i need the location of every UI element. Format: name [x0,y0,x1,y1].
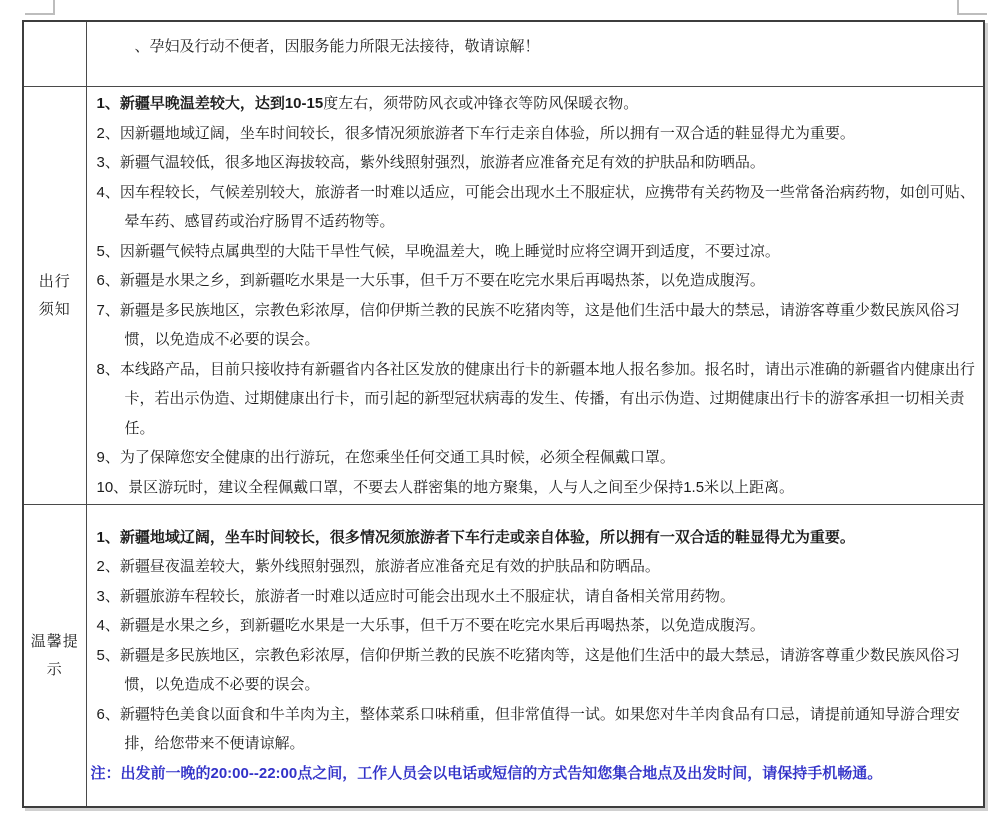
travel-notice-table: 、孕妇及行动不便者，因服务能力所限无法接待，敬请谅解！ 出行须知1、新疆早晚温差… [22,20,985,808]
notice-text-segment: 4、因车程较长，气候差别较大，旅游者一时难以适应，可能会出现水土不服症状，应携带… [97,184,975,231]
continuation-text: 、孕妇及行动不便者，因服务能力所限无法接待，敬请谅解！ [91,24,981,59]
departure-note: 注：出发前一晚的20:00--22:00点之间，工作人员会以电话或短信的方式告知… [91,759,981,789]
section-label-line: 须知 [26,296,84,324]
notice-item: 6、新疆是水果之乡，到新疆吃水果是一大乐事，但千万不要在吃完水果后再喝热茶，以免… [91,266,981,296]
continuation-cell: 、孕妇及行动不便者，因服务能力所限无法接待，敬请谅解！ [86,21,984,87]
table-row-section: 温馨提示1、新疆地域辽阔，坐车时间较长，很多情况须旅游者下车行走或亲自体验，所以… [23,505,984,808]
notice-item: 1、新疆早晚温差较大，达到10-15度左右，须带防风衣或冲锋衣等防风保暖衣物。 [91,89,981,119]
notice-text-segment: 5、因新疆气候特点属典型的大陆干旱性气候，早晚温差大，晚上睡觉时应将空调开到适度… [97,243,780,260]
section-content: 1、新疆早晚温差较大，达到10-15度左右，须带防风衣或冲锋衣等防风保暖衣物。2… [86,87,984,505]
notice-item: 5、新疆是多民族地区，宗教色彩浓厚，信仰伊斯兰教的民族不吃猪肉等，这是他们生活中… [91,641,981,700]
notice-text-segment: 注：出发前一晚的20:00--22:00点之间，工作人员会以电话或短信的方式告知… [91,765,883,782]
notice-text-segment: 5、新疆是多民族地区，宗教色彩浓厚，信仰伊斯兰教的民族不吃猪肉等，这是他们生活中… [97,647,960,694]
notice-text-segment: 2、因新疆地域辽阔，坐车时间较长，很多情况须旅游者下车行走亲自体验，所以拥有一双… [97,125,855,142]
section-label: 温馨提示 [23,505,86,808]
notice-text-segment: 8、本线路产品，目前只接收持有新疆省内各社区发放的健康出行卡的新疆本地人报名参加… [97,361,975,437]
notice-text-segment: 度左右，须带防风衣或冲锋衣等防风保暖衣物。 [323,95,638,112]
section-label-line: 示 [26,656,84,684]
section-content: 1、新疆地域辽阔，坐车时间较长，很多情况须旅游者下车行走或亲自体验，所以拥有一双… [86,505,984,808]
notice-item: 7、新疆是多民族地区，宗教色彩浓厚，信仰伊斯兰教的民族不吃猪肉等，这是他们生活中… [91,296,981,355]
page-margin-mark-left [25,0,55,15]
notice-item: 9、为了保障您安全健康的出行游玩，在您乘坐任何交通工具时候，必须全程佩戴口罩。 [91,443,981,473]
table-row-continuation: 、孕妇及行动不便者，因服务能力所限无法接待，敬请谅解！ [23,21,984,87]
notice-text-segment: 3、新疆气温较低，很多地区海拔较高，紫外线照射强烈，旅游者应准备充足有效的护肤品… [97,154,765,171]
notice-item: 3、新疆旅游车程较长，旅游者一时难以适应时可能会出现水土不服症状，请自备相关常用… [91,582,981,612]
notice-item: 10、景区游玩时，建议全程佩戴口罩，不要去人群密集的地方聚集，人与人之间至少保持… [91,473,981,503]
empty-label-cell [23,21,86,87]
notice-text-segment: 2、新疆昼夜温差较大，紫外线照射强烈，旅游者应准备充足有效的护肤品和防晒品。 [97,558,660,575]
section-label: 出行须知 [23,87,86,505]
section-label-line: 出行 [26,268,84,296]
notice-item: 5、因新疆气候特点属典型的大陆干旱性气候，早晚温差大，晚上睡觉时应将空调开到适度… [91,237,981,267]
notice-text-segment: 1、新疆地域辽阔，坐车时间较长，很多情况须旅游者下车行走或亲自体验，所以拥有一双… [97,529,855,546]
notice-text-segment: 10、景区游玩时，建议全程佩戴口罩，不要去人群密集的地方聚集，人与人之间至少保持… [97,479,795,496]
notice-item: 2、新疆昼夜温差较大，紫外线照射强烈，旅游者应准备充足有效的护肤品和防晒品。 [91,552,981,582]
notice-text-segment: 1、新疆早晚温差较大，达到10-15 [97,95,324,112]
notice-text-segment: 4、新疆是水果之乡，到新疆吃水果是一大乐事，但千万不要在吃完水果后再喝热茶，以免… [97,617,765,634]
notice-item: 2、因新疆地域辽阔，坐车时间较长，很多情况须旅游者下车行走亲自体验，所以拥有一双… [91,119,981,149]
notice-text-segment: 6、新疆是水果之乡，到新疆吃水果是一大乐事，但千万不要在吃完水果后再喝热茶，以免… [97,272,765,289]
notice-text-segment: 6、新疆特色美食以面食和牛羊肉为主，整体菜系口味稍重，但非常值得一试。如果您对牛… [97,706,960,753]
notice-item: 8、本线路产品，目前只接收持有新疆省内各社区发放的健康出行卡的新疆本地人报名参加… [91,355,981,444]
notice-text-segment: 9、为了保障您安全健康的出行游玩，在您乘坐任何交通工具时候，必须全程佩戴口罩。 [97,449,675,466]
notice-item: 3、新疆气温较低，很多地区海拔较高，紫外线照射强烈，旅游者应准备充足有效的护肤品… [91,148,981,178]
notice-text-segment: 7、新疆是多民族地区，宗教色彩浓厚，信仰伊斯兰教的民族不吃猪肉等，这是他们生活中… [97,302,960,349]
notice-item: 6、新疆特色美食以面食和牛羊肉为主，整体菜系口味稍重，但非常值得一试。如果您对牛… [91,700,981,759]
notice-item: 4、新疆是水果之乡，到新疆吃水果是一大乐事，但千万不要在吃完水果后再喝热茶，以免… [91,611,981,641]
table-row-section: 出行须知1、新疆早晚温差较大，达到10-15度左右，须带防风衣或冲锋衣等防风保暖… [23,87,984,505]
notice-item: 1、新疆地域辽阔，坐车时间较长，很多情况须旅游者下车行走或亲自体验，所以拥有一双… [91,523,981,553]
notice-item: 4、因车程较长，气候差别较大，旅游者一时难以适应，可能会出现水土不服症状，应携带… [91,178,981,237]
section-label-line: 温馨提 [26,628,84,656]
notice-text-segment: 3、新疆旅游车程较长，旅游者一时难以适应时可能会出现水土不服症状，请自备相关常用… [97,588,735,605]
page-margin-mark-right [957,0,987,15]
